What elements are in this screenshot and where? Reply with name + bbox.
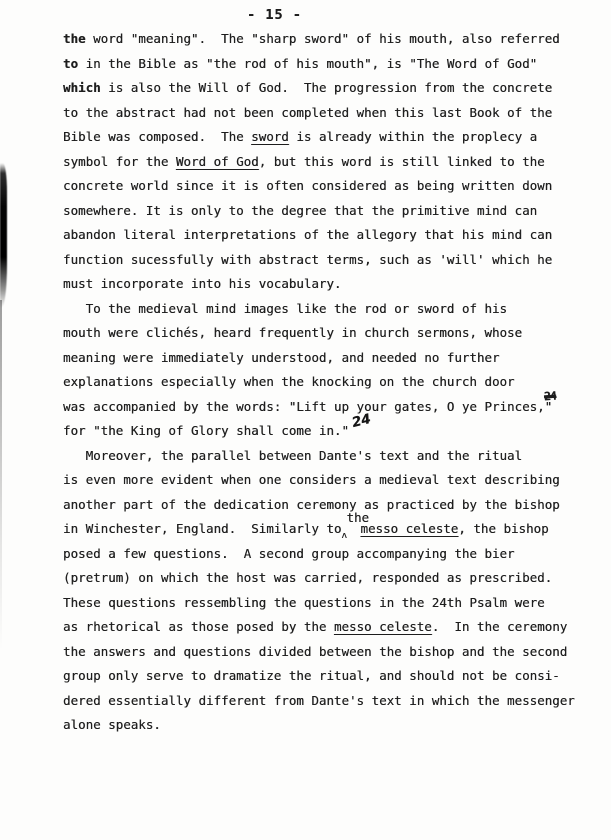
text-line: function sucessfully with abstract terms… [63,248,593,273]
text-segment: symbol for the [63,154,176,169]
underlined-term: messo celeste [334,619,432,634]
text-segment: mouth were clichés, heard frequently in … [63,325,522,340]
document-body: the word "meaning". The "sharp sword" of… [63,27,593,738]
text-segment: To the medieval mind images like the rod… [63,301,507,316]
text-line: abandon literal interpretations of the a… [63,223,593,248]
text-segment: dered essentially different from Dante's… [63,693,575,708]
text-line: is even more evident when one considers … [63,468,593,493]
text-segment: must incorporate into his vocabulary. [63,276,341,291]
text-segment: abandon literal interpretations of the a… [63,227,552,242]
text-segment: the [63,31,86,46]
text-segment: to [63,56,78,71]
text-line: dered essentially different from Dante's… [63,689,593,714]
text-line: These questions ressembling the question… [63,591,593,616]
scan-artifact-edge-line [0,300,2,650]
text-segment: Bible was composed. The [63,129,251,144]
text-line: Bible was composed. The sword is already… [63,125,593,150]
scan-artifact-streak [0,163,7,308]
underlined-term: sword [251,129,289,144]
text-segment: was accompanied by the words: "Lift up y… [63,399,552,414]
text-segment: in the Bible as "the rod of his mouth", … [78,56,537,71]
scanned-typewritten-page: - 15 - the word "meaning". The "sharp sw… [0,0,611,840]
text-segment: somewhere. It is only to the degree that… [63,203,537,218]
text-line: alone speaks. [63,713,593,738]
text-line: the answers and questions divided betwee… [63,640,593,665]
text-line: group only serve to dramatize the ritual… [63,664,593,689]
text-segment: to the abstract had not been completed w… [63,105,552,120]
text-segment: word "meaning". The "sharp sword" of his… [86,31,560,46]
text-line: (pretrum) on which the host was carried,… [63,566,593,591]
text-line: the word "meaning". The "sharp sword" of… [63,27,593,52]
inserted-word: the [346,506,360,531]
text-segment: is already within the proplecy a [289,129,537,144]
text-line: as rhetorical as those posed by the mess… [63,615,593,640]
text-segment: . In the ceremony [432,619,567,634]
text-line: symbol for the Word of God, but this wor… [63,150,593,175]
text-segment: posed a few questions. A second group ac… [63,546,515,561]
text-line: posed a few questions. A second group ac… [63,542,593,567]
underlined-term: Word of God [176,154,259,169]
text-line: for "the King of Glory shall come in."24 [63,419,593,444]
text-segment: which [63,80,101,95]
text-line: another part of the dedication ceremony … [63,493,593,518]
text-segment: as rhetorical as those posed by the [63,619,334,634]
text-segment: function sucessfully with abstract terms… [63,252,552,267]
text-line: mouth were clichés, heard frequently in … [63,321,593,346]
text-segment: meaning were immediately understood, and… [63,350,500,365]
text-line: somewhere. It is only to the degree that… [63,199,593,224]
text-line: meaning were immediately understood, and… [63,346,593,371]
text-line: Moreover, the parallel between Dante's t… [63,444,593,469]
underlined-term: messo celeste [360,521,458,536]
text-segment: in Winchester, England. Similarly to [63,521,341,536]
text-segment: group only serve to dramatize the ritual… [63,668,560,683]
text-segment: concrete world since it is often conside… [63,178,552,193]
text-segment: is also the Will of God. The progression… [101,80,553,95]
text-segment: the answers and questions divided betwee… [63,644,567,659]
text-line: to the abstract had not been completed w… [63,101,593,126]
text-segment: is even more evident when one considers … [63,472,560,487]
text-line: explanations especially when the knockin… [63,370,593,395]
text-segment: for "the King of Glory shall come in." [63,423,349,438]
text-segment: another part of the dedication ceremony … [63,497,560,512]
text-line: in Winchester, England. Similarly toʌthe… [63,517,593,542]
text-segment: These questions ressembling the question… [63,595,545,610]
text-segment: Moreover, the parallel between Dante's t… [63,448,522,463]
text-line: to in the Bible as "the rod of his mouth… [63,52,593,77]
text-segment: (pretrum) on which the host was carried,… [63,570,552,585]
footnote-marker-struck: 24 [543,383,557,408]
text-line: concrete world since it is often conside… [63,174,593,199]
text-segment: alone speaks. [63,717,161,732]
text-line: which is also the Will of God. The progr… [63,76,593,101]
page-number: - 15 - [247,7,302,23]
text-line: To the medieval mind images like the rod… [63,297,593,322]
text-segment: , the bishop [458,521,548,536]
text-segment: explanations especially when the knockin… [63,374,515,389]
text-line: was accompanied by the words: "Lift up y… [63,395,593,420]
text-line: must incorporate into his vocabulary. [63,272,593,297]
text-segment: , but this word is still linked to the [259,154,545,169]
